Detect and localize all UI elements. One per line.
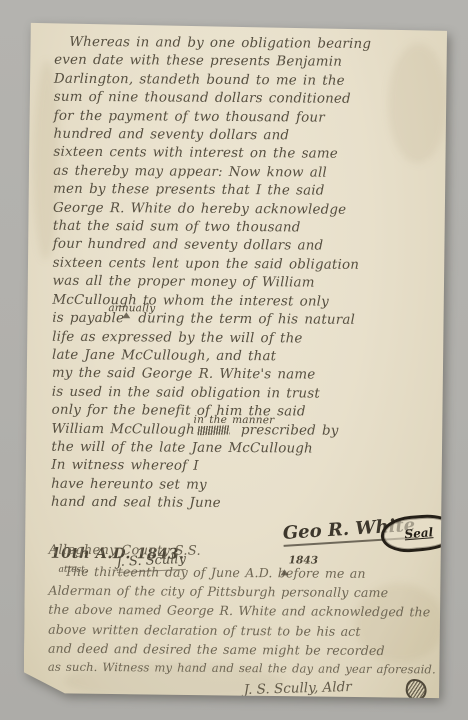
manuscript-line-with-insertion: is payable annually during the term of h… [52, 310, 434, 331]
line-text: William McCullough [51, 421, 194, 437]
scanned-document-page: Whereas in and by one obligation bearing… [0, 0, 468, 720]
caret-mark [122, 312, 130, 318]
seal-label: Seal [404, 525, 434, 541]
manuscript-line: men by these presents that I the said [53, 181, 435, 202]
caret-mark [280, 569, 288, 575]
line-text: during the term of his natural [138, 311, 355, 328]
manuscript-line: even date with these presents Benjamin [54, 52, 436, 73]
acknowledgment-line: above written declaration of trust to be… [48, 619, 438, 641]
closing-line: In witness whereof I [51, 457, 433, 478]
acknowledgment-line: the above named George R. White and ackn… [48, 600, 438, 622]
manuscript-paper: Whereas in and by one obligation bearing… [24, 21, 449, 700]
inserted-phrase-manner: in the manner [194, 414, 275, 425]
manuscript-line-with-insertion: William McCullough in the manner prescri… [51, 420, 433, 441]
manuscript-line: was all the proper money of William [52, 273, 434, 294]
inserted-year: 1843 [273, 555, 319, 565]
deed-body: Whereas in and by one obligation bearing… [50, 34, 436, 579]
paper-shadow: Whereas in and by one obligation bearing… [26, 22, 446, 698]
officer-signature: J. S. Scully, Aldr [244, 679, 352, 698]
inserted-word-annually: annually [108, 303, 155, 313]
manuscript-line: sixteen cents with interest on the same [53, 144, 435, 165]
scratched-out-word [198, 425, 230, 435]
acknowledgment-line-with-insertion: The thirteenth day of June A.D. before m… [48, 562, 438, 584]
officer-signature-row: J. S. Scully, Aldr [48, 677, 438, 706]
manuscript-line: four hundred and seventy dollars and [53, 236, 435, 257]
line-text: The thirteenth day of June A.D. before m… [64, 564, 365, 581]
manuscript-line: sum of nine thousand dollars conditioned [54, 89, 436, 110]
notary-seal-icon [404, 678, 428, 702]
acknowledgment-block: Allegheny County S.S. The thirteenth day… [48, 543, 439, 706]
acknowledgment-heading: Allegheny County S.S. [49, 543, 439, 561]
manuscript-line: my the said George R. White's name [52, 365, 434, 386]
